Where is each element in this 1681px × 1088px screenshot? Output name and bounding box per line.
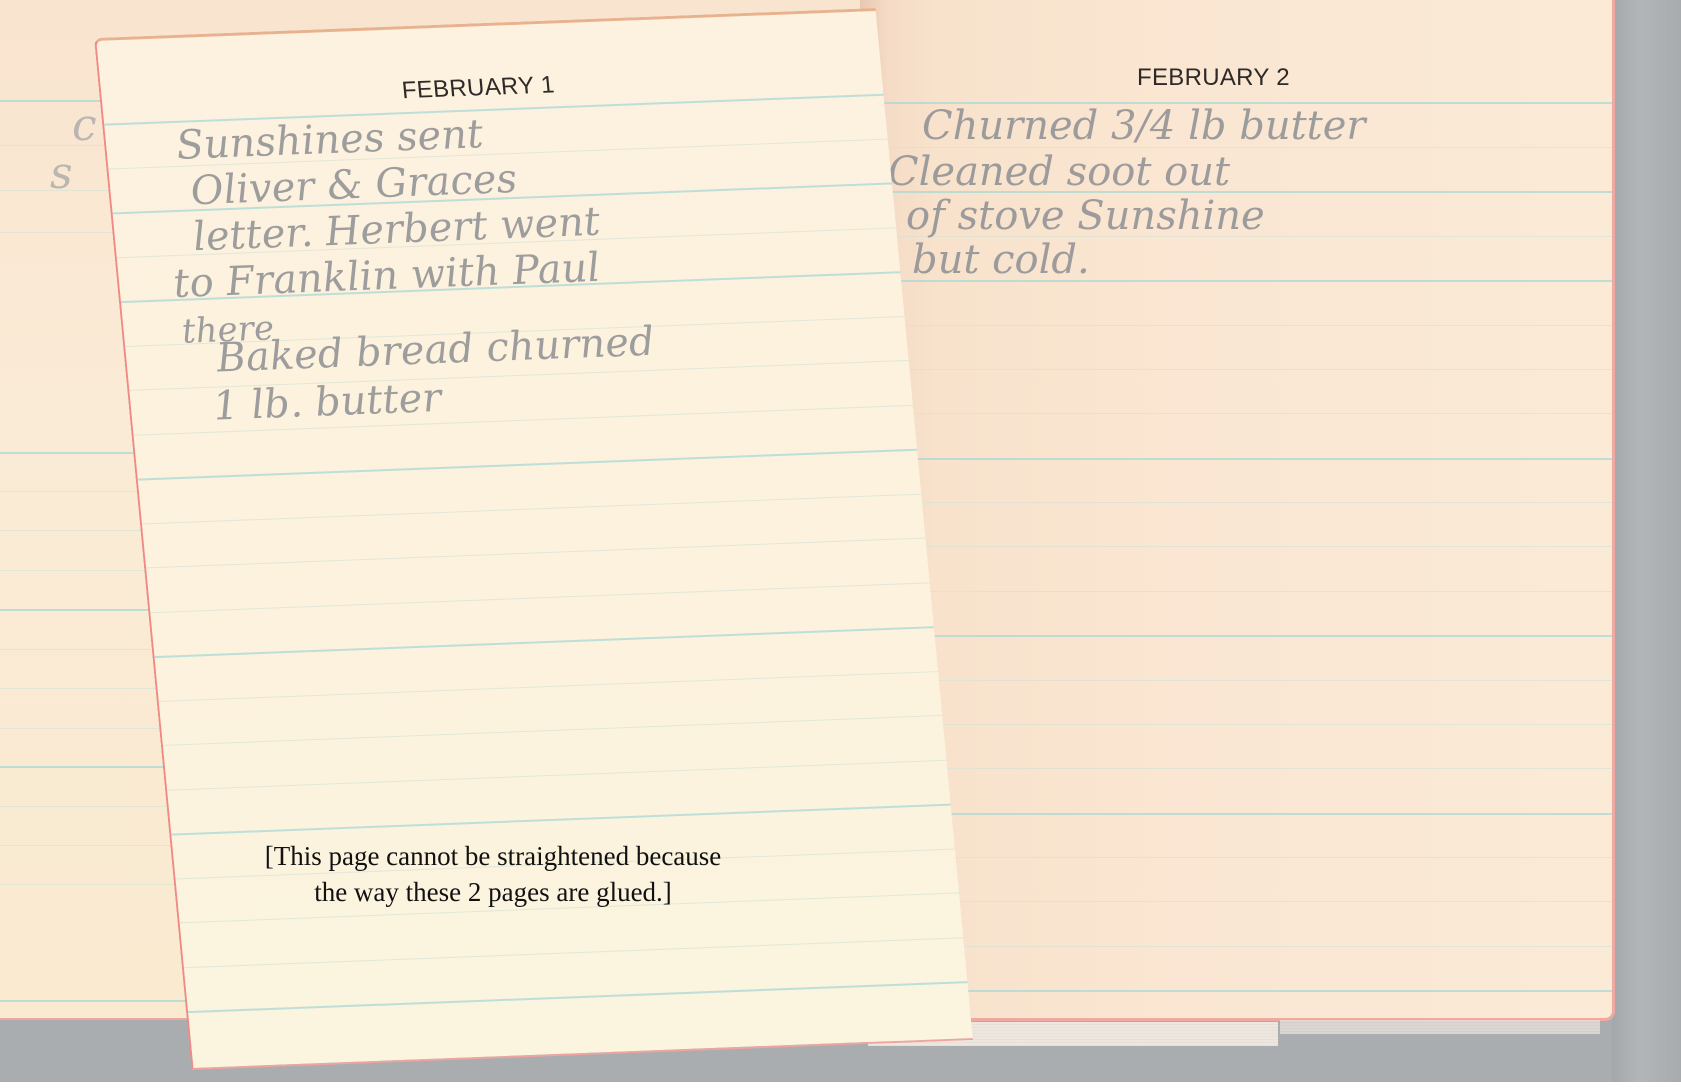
scanner-edge xyxy=(1612,0,1681,1082)
handwritten-line: Cleaned soot out xyxy=(888,150,1230,194)
ghost-handwriting-mark: s xyxy=(50,148,73,199)
diary-page-february-1: FEBRUARY 1 Sunshines sent Oliver & Grace… xyxy=(94,8,973,1070)
date-header: FEBRUARY 2 xyxy=(1137,64,1290,92)
handwritten-line: but cold. xyxy=(912,238,1090,282)
diary-page-february-2: FEBRUARY 2 Churned 3/4 lb butter Cleaned… xyxy=(860,0,1615,1021)
ghost-handwriting-mark: c xyxy=(72,100,97,151)
annotation-line: [This page cannot be straightened becaus… xyxy=(238,838,748,874)
annotation-line: the way these 2 pages are glued.] xyxy=(238,874,748,910)
handwritten-line: of stove Sunshine xyxy=(906,194,1265,238)
scan-annotation: [This page cannot be straightened becaus… xyxy=(238,838,748,910)
handwritten-line: Baked bread churned xyxy=(214,320,656,381)
handwritten-line: 1 lb. butter xyxy=(211,376,443,429)
handwritten-line: Churned 3/4 lb butter xyxy=(922,104,1366,148)
page-stack-edge xyxy=(1280,1020,1600,1034)
date-header: FEBRUARY 1 xyxy=(401,71,556,105)
